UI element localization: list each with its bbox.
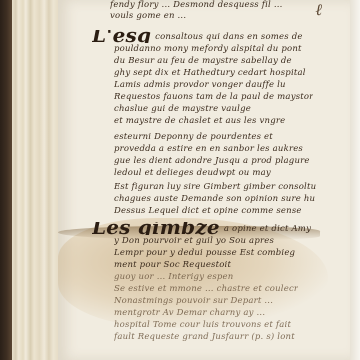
manuscript-line-text: gue les dient adondre Jusqu a prod plagu… — [114, 156, 310, 166]
manuscript-line: Se estive et mmone ... chastre et coulec… — [114, 284, 298, 295]
manuscript-line: Lamis admis provdor vonger dauffe lu — [114, 80, 286, 91]
manuscript-line-text: pouldanno mony mefordy alspital du pont — [114, 44, 302, 54]
manuscript-line: vouls gome en ... — [110, 11, 186, 22]
manuscript-line: fendy flory ... Desmond desquess fil ... — [110, 0, 283, 11]
marginal-annotation: ℓ — [315, 0, 322, 20]
manuscript-line: et maystre de chaslet et aus les vngre — [114, 116, 285, 127]
manuscript-line: Les gimbzea opine et dict Amy — [92, 222, 311, 235]
decorated-initial: L'esq — [92, 30, 151, 43]
manuscript-line-text: ghy sept dix et Hathedtury cedart hospit… — [114, 68, 306, 78]
book-binding-edge — [0, 0, 12, 360]
manuscript-line: Nonastmings pouvoir sur Depart ... — [114, 296, 273, 307]
manuscript-line: guoy uor ... Interigy espen — [114, 272, 233, 283]
manuscript-line: L'esqconsaltous qui dans en somes de — [92, 30, 303, 43]
manuscript-line: fault Requeste grand Jusfaurr (p. s) lon… — [114, 332, 295, 343]
manuscript-line: gue les dient adondre Jusqu a prod plagu… — [114, 156, 310, 167]
page-stack-left — [12, 0, 58, 360]
page-right-edge — [350, 0, 360, 360]
manuscript-line-text: ledoul et delieges deudwpt ou may — [114, 168, 271, 178]
manuscript-line-text: mentgrotr Av Demar charny ay ... — [114, 308, 265, 318]
manuscript-line-text: y Don pourvoir et guil yo Sou apres — [114, 236, 274, 246]
manuscript-line-text: ment pour Soc Requestoit — [114, 260, 231, 270]
manuscript-line: esteurni Deponny de pourdentes et — [114, 132, 273, 143]
manuscript-line-text: vouls gome en ... — [110, 11, 186, 21]
manuscript-line-text: esteurni Deponny de pourdentes et — [114, 132, 273, 142]
manuscript-line: provedda a estire en en sanbor les aukre… — [114, 144, 303, 155]
manuscript-line-text: fault Requeste grand Jusfaurr (p. s) lon… — [114, 332, 295, 342]
manuscript-line: mentgrotr Av Demar charny ay ... — [114, 308, 265, 319]
manuscript-line-text: Lempr pour y dedui pousse Est combieg — [114, 248, 295, 258]
manuscript-line: chaslue gui de maystre vaulge — [114, 104, 251, 115]
manuscript-line-text: et maystre de chaslet et aus les vngre — [114, 116, 285, 126]
manuscript-line-text: Est figuran luy sire Gimbert gimber cons… — [114, 182, 316, 192]
manuscript-page: ℓ fendy flory ... Desmond desquess fil .… — [58, 0, 350, 360]
manuscript-line: hospital Tome cour luis trouvons et fait — [114, 320, 291, 331]
manuscript-photo: ℓ fendy flory ... Desmond desquess fil .… — [0, 0, 360, 360]
manuscript-line-text: Requestos fauons tam de la paul de mayst… — [114, 92, 313, 102]
manuscript-line-text: du Besur au feu de maystre sabellay de — [114, 56, 292, 66]
manuscript-line-text: guoy uor ... Interigy espen — [114, 272, 233, 282]
manuscript-line-text: Nonastmings pouvoir sur Depart ... — [114, 296, 273, 306]
manuscript-line-text: chagues auste Demande son opinion sure h… — [114, 194, 315, 204]
manuscript-line-text: fendy flory ... Desmond desquess fil ... — [110, 0, 283, 10]
decorated-initial: Les gimbze — [92, 222, 220, 235]
manuscript-line-text: hospital Tome cour luis trouvons et fait — [114, 320, 291, 330]
manuscript-line-text: Lamis admis provdor vonger dauffe lu — [114, 80, 286, 90]
manuscript-line-text: consaltous qui dans en somes de — [155, 32, 302, 42]
manuscript-line: du Besur au feu de maystre sabellay de — [114, 56, 292, 67]
manuscript-line: pouldanno mony mefordy alspital du pont — [114, 44, 302, 55]
manuscript-line: chagues auste Demande son opinion sure h… — [114, 194, 315, 205]
manuscript-line: ledoul et delieges deudwpt ou may — [114, 168, 271, 179]
manuscript-line: Requestos fauons tam de la paul de mayst… — [114, 92, 313, 103]
manuscript-line: Est figuran luy sire Gimbert gimber cons… — [114, 182, 316, 193]
manuscript-line-text: Dessus Lequel dict et opine comme sense — [114, 206, 302, 216]
manuscript-line-text: chaslue gui de maystre vaulge — [114, 104, 251, 114]
manuscript-line: Dessus Lequel dict et opine comme sense — [114, 206, 302, 217]
manuscript-line: Lempr pour y dedui pousse Est combieg — [114, 248, 295, 259]
manuscript-line-text: a opine et dict Amy — [224, 224, 311, 234]
manuscript-line-text: provedda a estire en en sanbor les aukre… — [114, 144, 303, 154]
manuscript-line: y Don pourvoir et guil yo Sou apres — [114, 236, 274, 247]
manuscript-line: ghy sept dix et Hathedtury cedart hospit… — [114, 68, 306, 79]
manuscript-line-text: Se estive et mmone ... chastre et coulec… — [114, 284, 298, 294]
manuscript-line: ment pour Soc Requestoit — [114, 260, 231, 271]
